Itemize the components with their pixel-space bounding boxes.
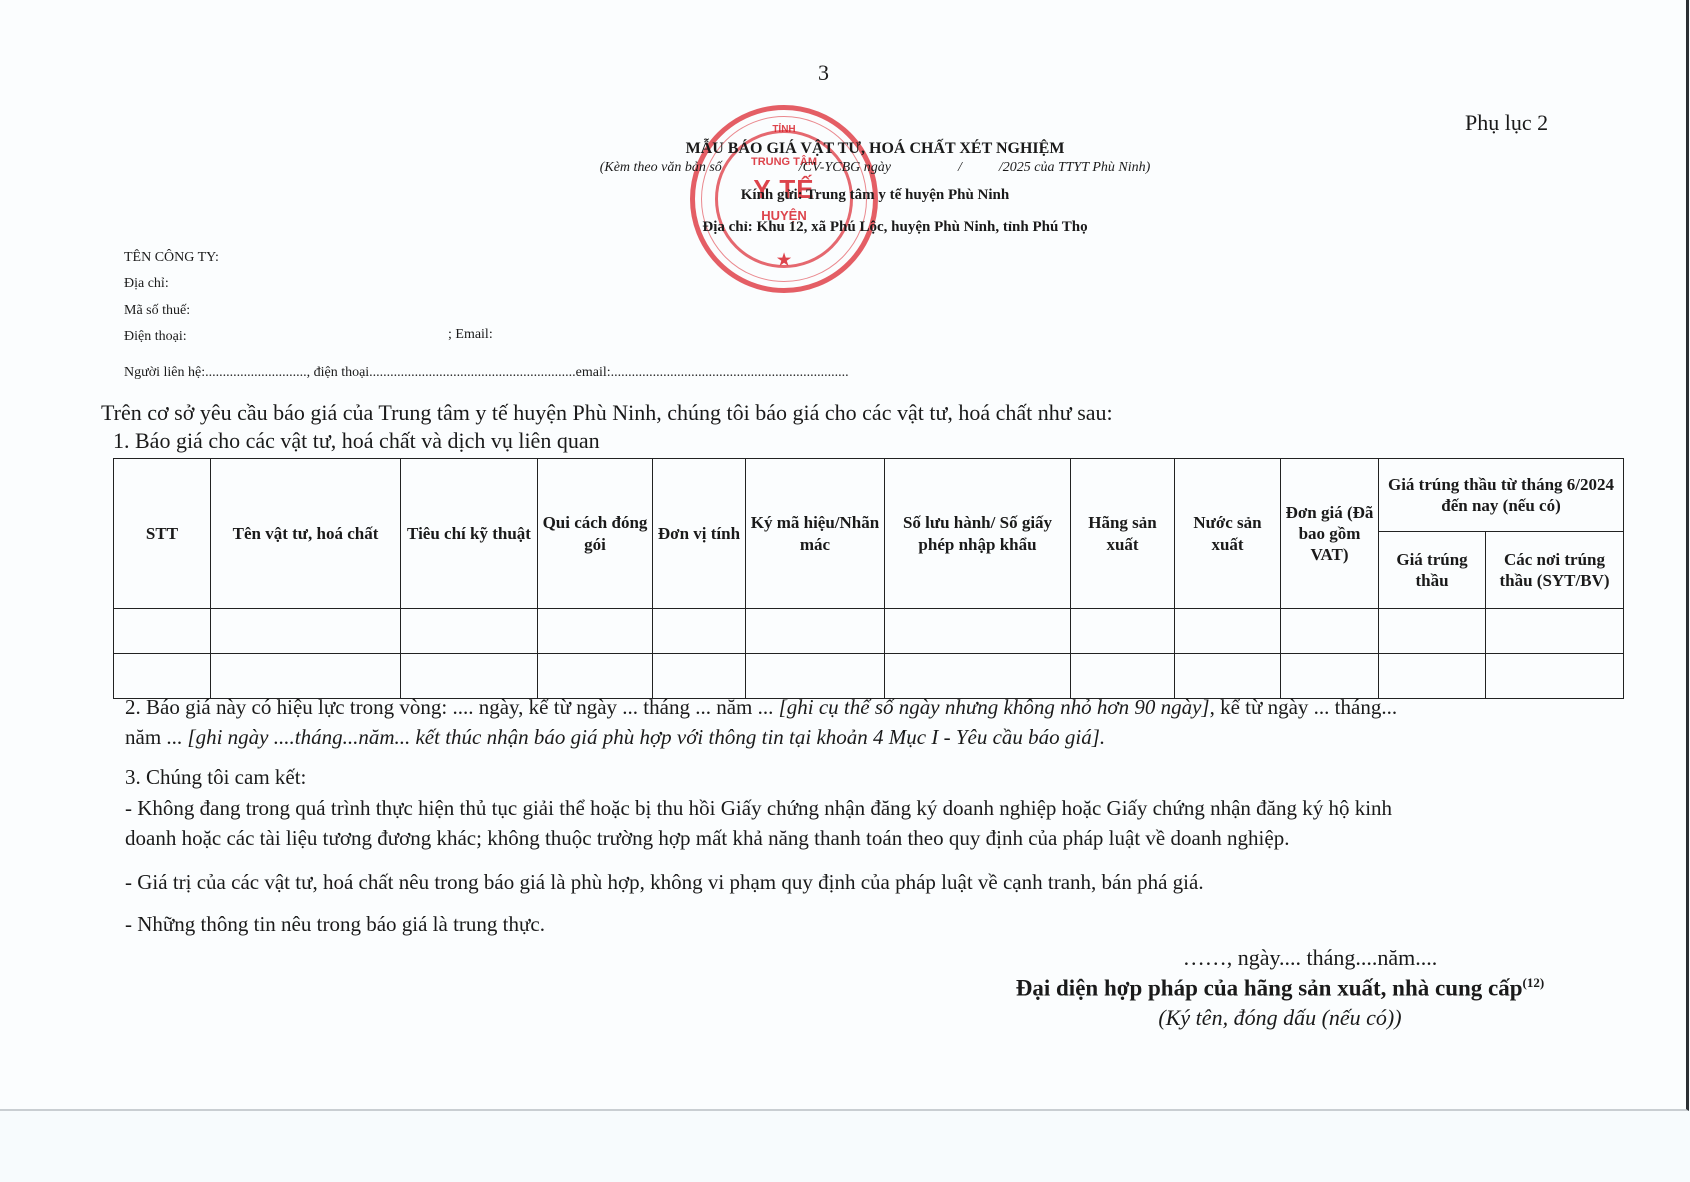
table-cell (401, 654, 538, 699)
signature-note: (Ký tên, đóng dấu (nếu có)) (1000, 1005, 1560, 1031)
footnote-ref: (12) (1523, 975, 1545, 990)
col-header-name: Tên vật tư, hoá chất (211, 459, 401, 609)
table-cell (1281, 609, 1379, 654)
recipient-line: Kính gửi: Trung tâm y tế huyện Phù Ninh (540, 187, 1210, 204)
table-row (114, 654, 1624, 699)
table-cell (1071, 654, 1175, 699)
col-header-license: Số lưu hành/ Số giấy phép nhập khẩu (885, 459, 1071, 609)
col-header-packaging: Qui cách đóng gói (538, 459, 653, 609)
form-subtitle: (Kèm theo văn bản số /CV-YCBG ngày / /20… (540, 160, 1210, 176)
col-header-spec: Tiêu chí kỹ thuật (401, 459, 538, 609)
table-cell (1175, 609, 1281, 654)
company-name-label: TÊN CÔNG TY: (124, 250, 219, 266)
table-cell (1379, 654, 1486, 699)
validity-text: 2. Báo giá này có hiệu lực trong vòng: .… (125, 695, 779, 719)
col-header-model: Ký mã hiệu/Nhãn mác (746, 459, 885, 609)
contact-person-line: Người liên hệ:..........................… (124, 365, 849, 381)
table-cell (211, 609, 401, 654)
commitment-1-line1: - Không đang trong quá trình thực hiện t… (125, 796, 1392, 821)
col-header-unit-price: Đơn giá (Đã bao gồm VAT) (1281, 459, 1379, 609)
subtitle-part1: (Kèm theo văn bản số (600, 160, 722, 176)
commitment-3: - Những thông tin nêu trong báo giá là t… (125, 912, 545, 937)
company-email-label: ; Email: (448, 327, 493, 343)
validity-line1: 2. Báo giá này có hiệu lực trong vòng: .… (125, 695, 1397, 720)
page-number: 3 (818, 60, 829, 86)
col-header-winning-price: Giá trúng thầu (1379, 532, 1486, 609)
col-header-manufacturer: Hãng sản xuất (1071, 459, 1175, 609)
col-header-unit: Đơn vị tính (653, 459, 746, 609)
signature-date: ……, ngày.... tháng....năm.... (1100, 945, 1520, 971)
table-cell (746, 609, 885, 654)
table-cell (653, 609, 746, 654)
signature-title-text: Đại diện hợp pháp của hãng sản xuất, nhà… (1016, 976, 1523, 1001)
table-cell (1486, 609, 1624, 654)
stamp-top-text: TỈNH (695, 124, 873, 135)
recipient-address: Địa chỉ: Khu 12, xã Phú Lộc, huyện Phù N… (560, 219, 1230, 236)
table-cell (1175, 654, 1281, 699)
col-header-country: Nước sản xuất (1175, 459, 1281, 609)
table-cell (114, 609, 211, 654)
table-cell (401, 609, 538, 654)
table-row (114, 609, 1624, 654)
company-address-label: Địa chỉ: (124, 276, 169, 292)
table-cell (885, 609, 1071, 654)
signature-title: Đại diện hợp pháp của hãng sản xuất, nhà… (940, 975, 1620, 1002)
company-tax-label: Mã số thuế: (124, 303, 190, 319)
company-phone-label: Điện thoại: (124, 329, 187, 345)
table-cell (211, 654, 401, 699)
table-cell (885, 654, 1071, 699)
table-cell (1071, 609, 1175, 654)
subtitle-part4: /2025 của TTYT Phù Ninh) (999, 160, 1150, 176)
table-cell (653, 654, 746, 699)
table-cell (114, 654, 211, 699)
document-page: 3 Phụ lục 2 TỈNH TRUNG TÂM Y TẾ HUYỆN ★ … (0, 0, 1689, 1111)
intro-paragraph: Trên cơ sở yêu cầu báo giá của Trung tâm… (101, 400, 1113, 426)
validity-note: [ghi cụ thể số ngày nhưng không nhỏ hơn … (779, 695, 1210, 719)
validity-line2: năm ... [ghi ngày ....tháng...năm... kết… (125, 725, 1105, 750)
commitment-2: - Giá trị của các vật tư, hoá chất nêu t… (125, 870, 1204, 895)
validity-text-2: , kể từ ngày ... tháng... (1210, 695, 1398, 719)
form-title: MẪU BÁO GIÁ VẬT TƯ, HOÁ CHẤT XÉT NGHIỆM (540, 140, 1210, 158)
validity-end-note: [ghi ngày ....tháng...năm... kết thúc nh… (187, 725, 1105, 749)
validity-year: năm ... (125, 725, 187, 749)
subtitle-part3: / (958, 160, 962, 176)
section1-title: 1. Báo giá cho các vật tư, hoá chất và d… (113, 428, 600, 454)
subtitle-part2: /CV-YCBG ngày (799, 160, 891, 176)
commitment-1-line2: doanh hoặc các tài liệu tương đương khác… (125, 826, 1289, 851)
stamp-star-icon: ★ (695, 250, 873, 270)
table-cell (746, 654, 885, 699)
appendix-label: Phụ lục 2 (1465, 110, 1548, 136)
col-header-winning-bid-group: Giá trúng thầu từ tháng 6/2024 đến nay (… (1379, 459, 1624, 532)
col-header-winning-places: Các nơi trúng thầu (SYT/BV) (1486, 532, 1624, 609)
col-header-stt: STT (114, 459, 211, 609)
table-cell (538, 654, 653, 699)
table-cell (1281, 654, 1379, 699)
table-cell (1379, 609, 1486, 654)
commitment-title: 3. Chúng tôi cam kết: (125, 765, 306, 790)
table-cell (538, 609, 653, 654)
table-cell (1486, 654, 1624, 699)
quote-table: STT Tên vật tư, hoá chất Tiêu chí kỹ thu… (113, 458, 1624, 699)
